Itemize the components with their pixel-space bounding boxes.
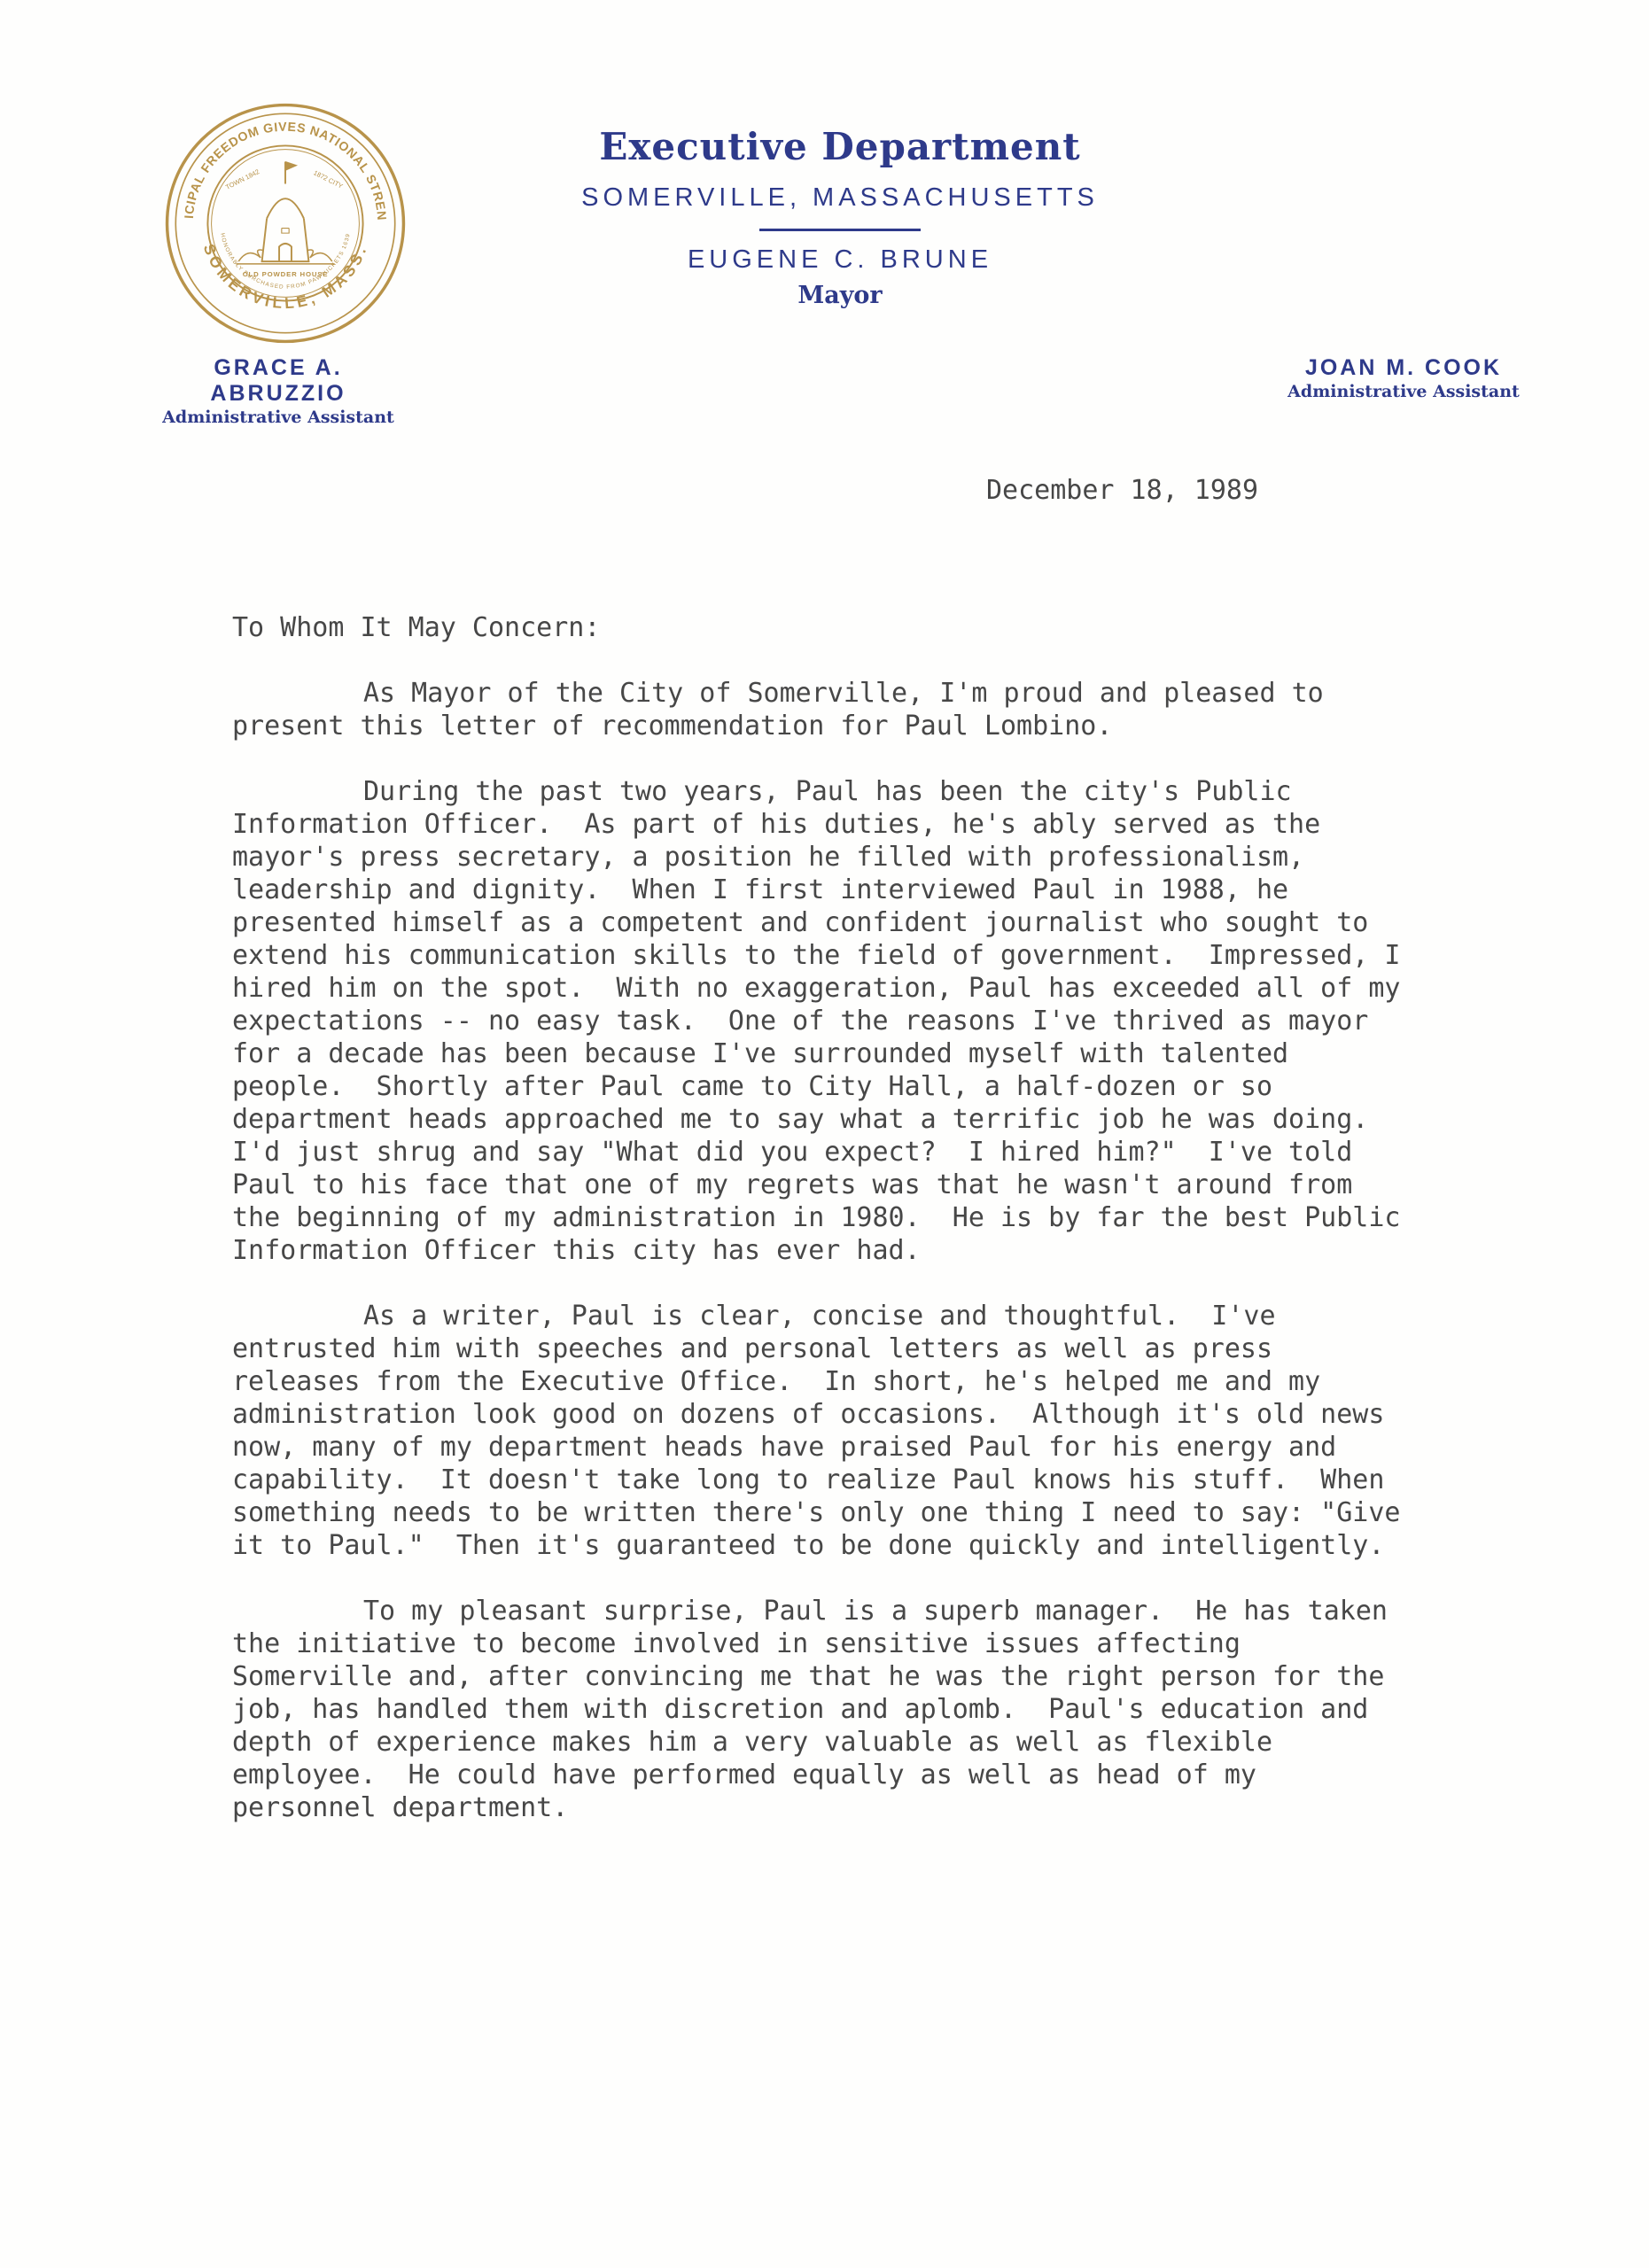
scanned-letter-page: MUNICIPAL FREEDOM GIVES NATIONAL STRENGT… [0,0,1649,2268]
letter-paragraph: To my pleasant surprise, Paul is a super… [232,1595,1464,1824]
official-left-title: Administrative Assistant [145,408,411,427]
official-right: JOAN M. COOK Administrative Assistant [1271,355,1536,401]
mayor-title: Mayor [468,282,1212,309]
seal-building-label: OLD POWDER HOUSE [243,270,329,278]
letter-paragraph: During the past two years, Paul has been… [232,775,1464,1267]
seal-city-year-text: 1872 CITY [312,168,344,190]
city-seal-icon: MUNICIPAL FREEDOM GIVES NATIONAL STRENGT… [162,97,408,349]
official-left-name: GRACE A. ABRUZZIO [145,355,411,407]
official-left: GRACE A. ABRUZZIO Administrative Assista… [145,355,411,427]
city-line: SOMERVILLE, MASSACHUSETTS [468,183,1212,213]
city-seal: MUNICIPAL FREEDOM GIVES NATIONAL STRENGT… [162,97,408,349]
letter-body: To Whom It May Concern: As Mayor of the … [232,611,1464,1857]
letter-paragraph: As a writer, Paul is clear, concise and … [232,1300,1464,1562]
letter-date: December 18, 1989 [986,475,1258,506]
letter-paragraph: As Mayor of the City of Somerville, I'm … [232,677,1464,742]
seal-town-year-text: TOWN 1842 [224,167,261,191]
letterhead-divider [759,229,921,231]
salutation: To Whom It May Concern: [232,611,1464,644]
department-title: Executive Department [468,125,1212,168]
mayor-name: EUGENE C. BRUNE [468,245,1212,275]
official-right-name: JOAN M. COOK [1271,355,1536,381]
official-right-title: Administrative Assistant [1271,382,1536,401]
